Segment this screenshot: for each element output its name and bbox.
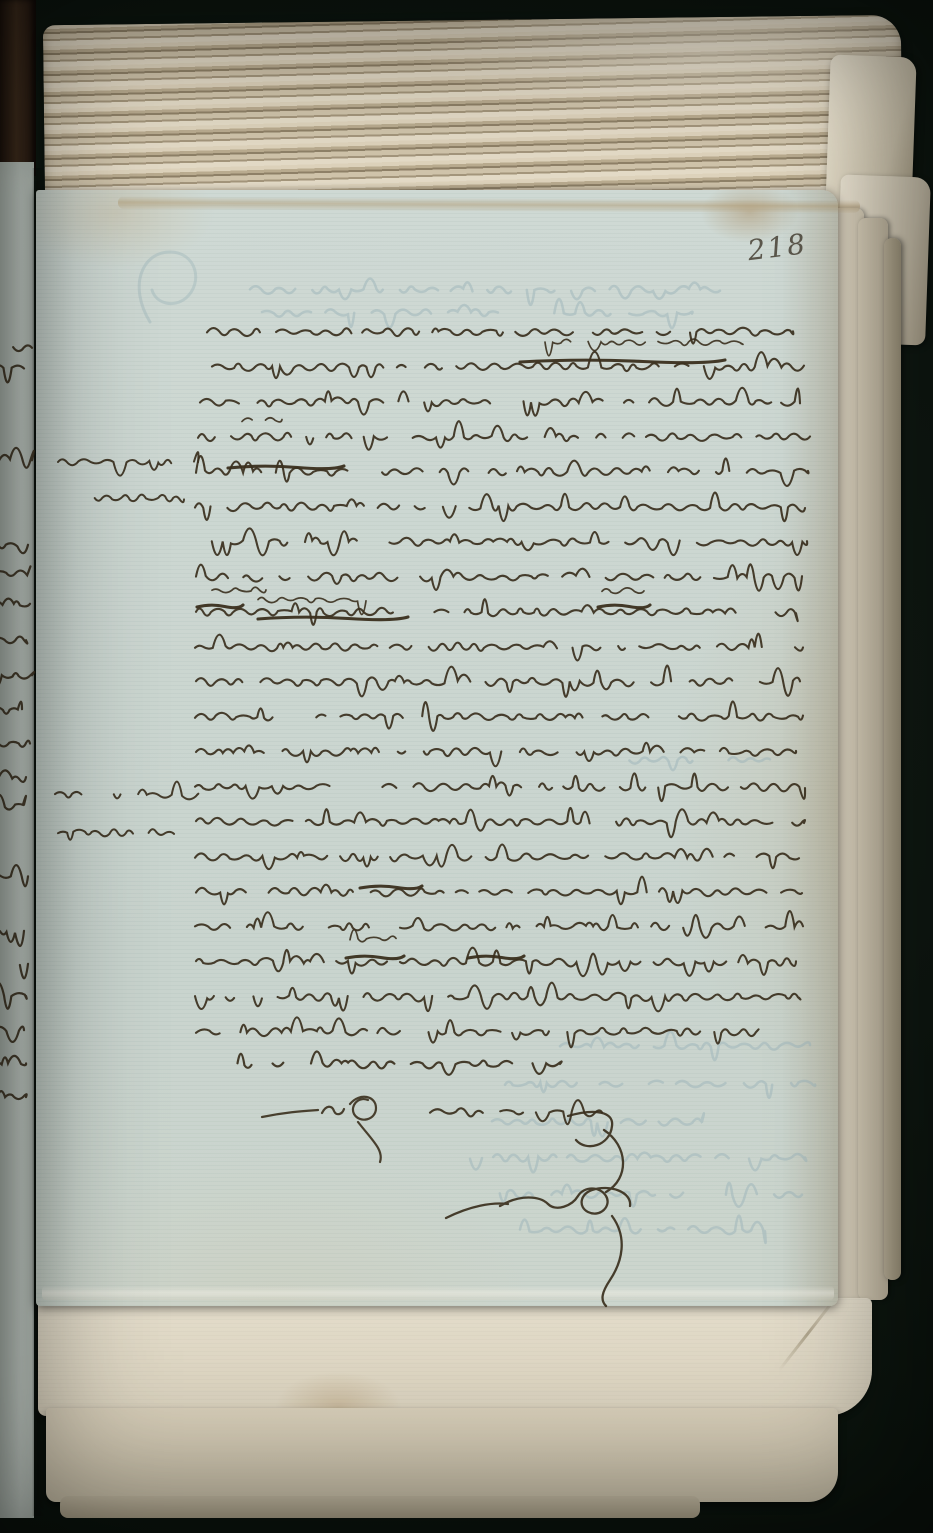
manuscript-page [36, 190, 838, 1306]
right-page-edge-3 [884, 238, 901, 1280]
book-spine [0, 0, 36, 176]
page-number: 218 [746, 226, 821, 276]
bottom-underlying-sheet-3 [60, 1496, 700, 1518]
page-stack-top-edge [43, 15, 903, 217]
bottom-fold-highlight [42, 1286, 834, 1300]
bottom-underlying-sheet-2 [46, 1408, 838, 1502]
manuscript-photograph: 218 [0, 0, 933, 1533]
previous-page-strip [0, 162, 34, 1518]
bottom-underlying-sheet-1 [38, 1298, 872, 1416]
